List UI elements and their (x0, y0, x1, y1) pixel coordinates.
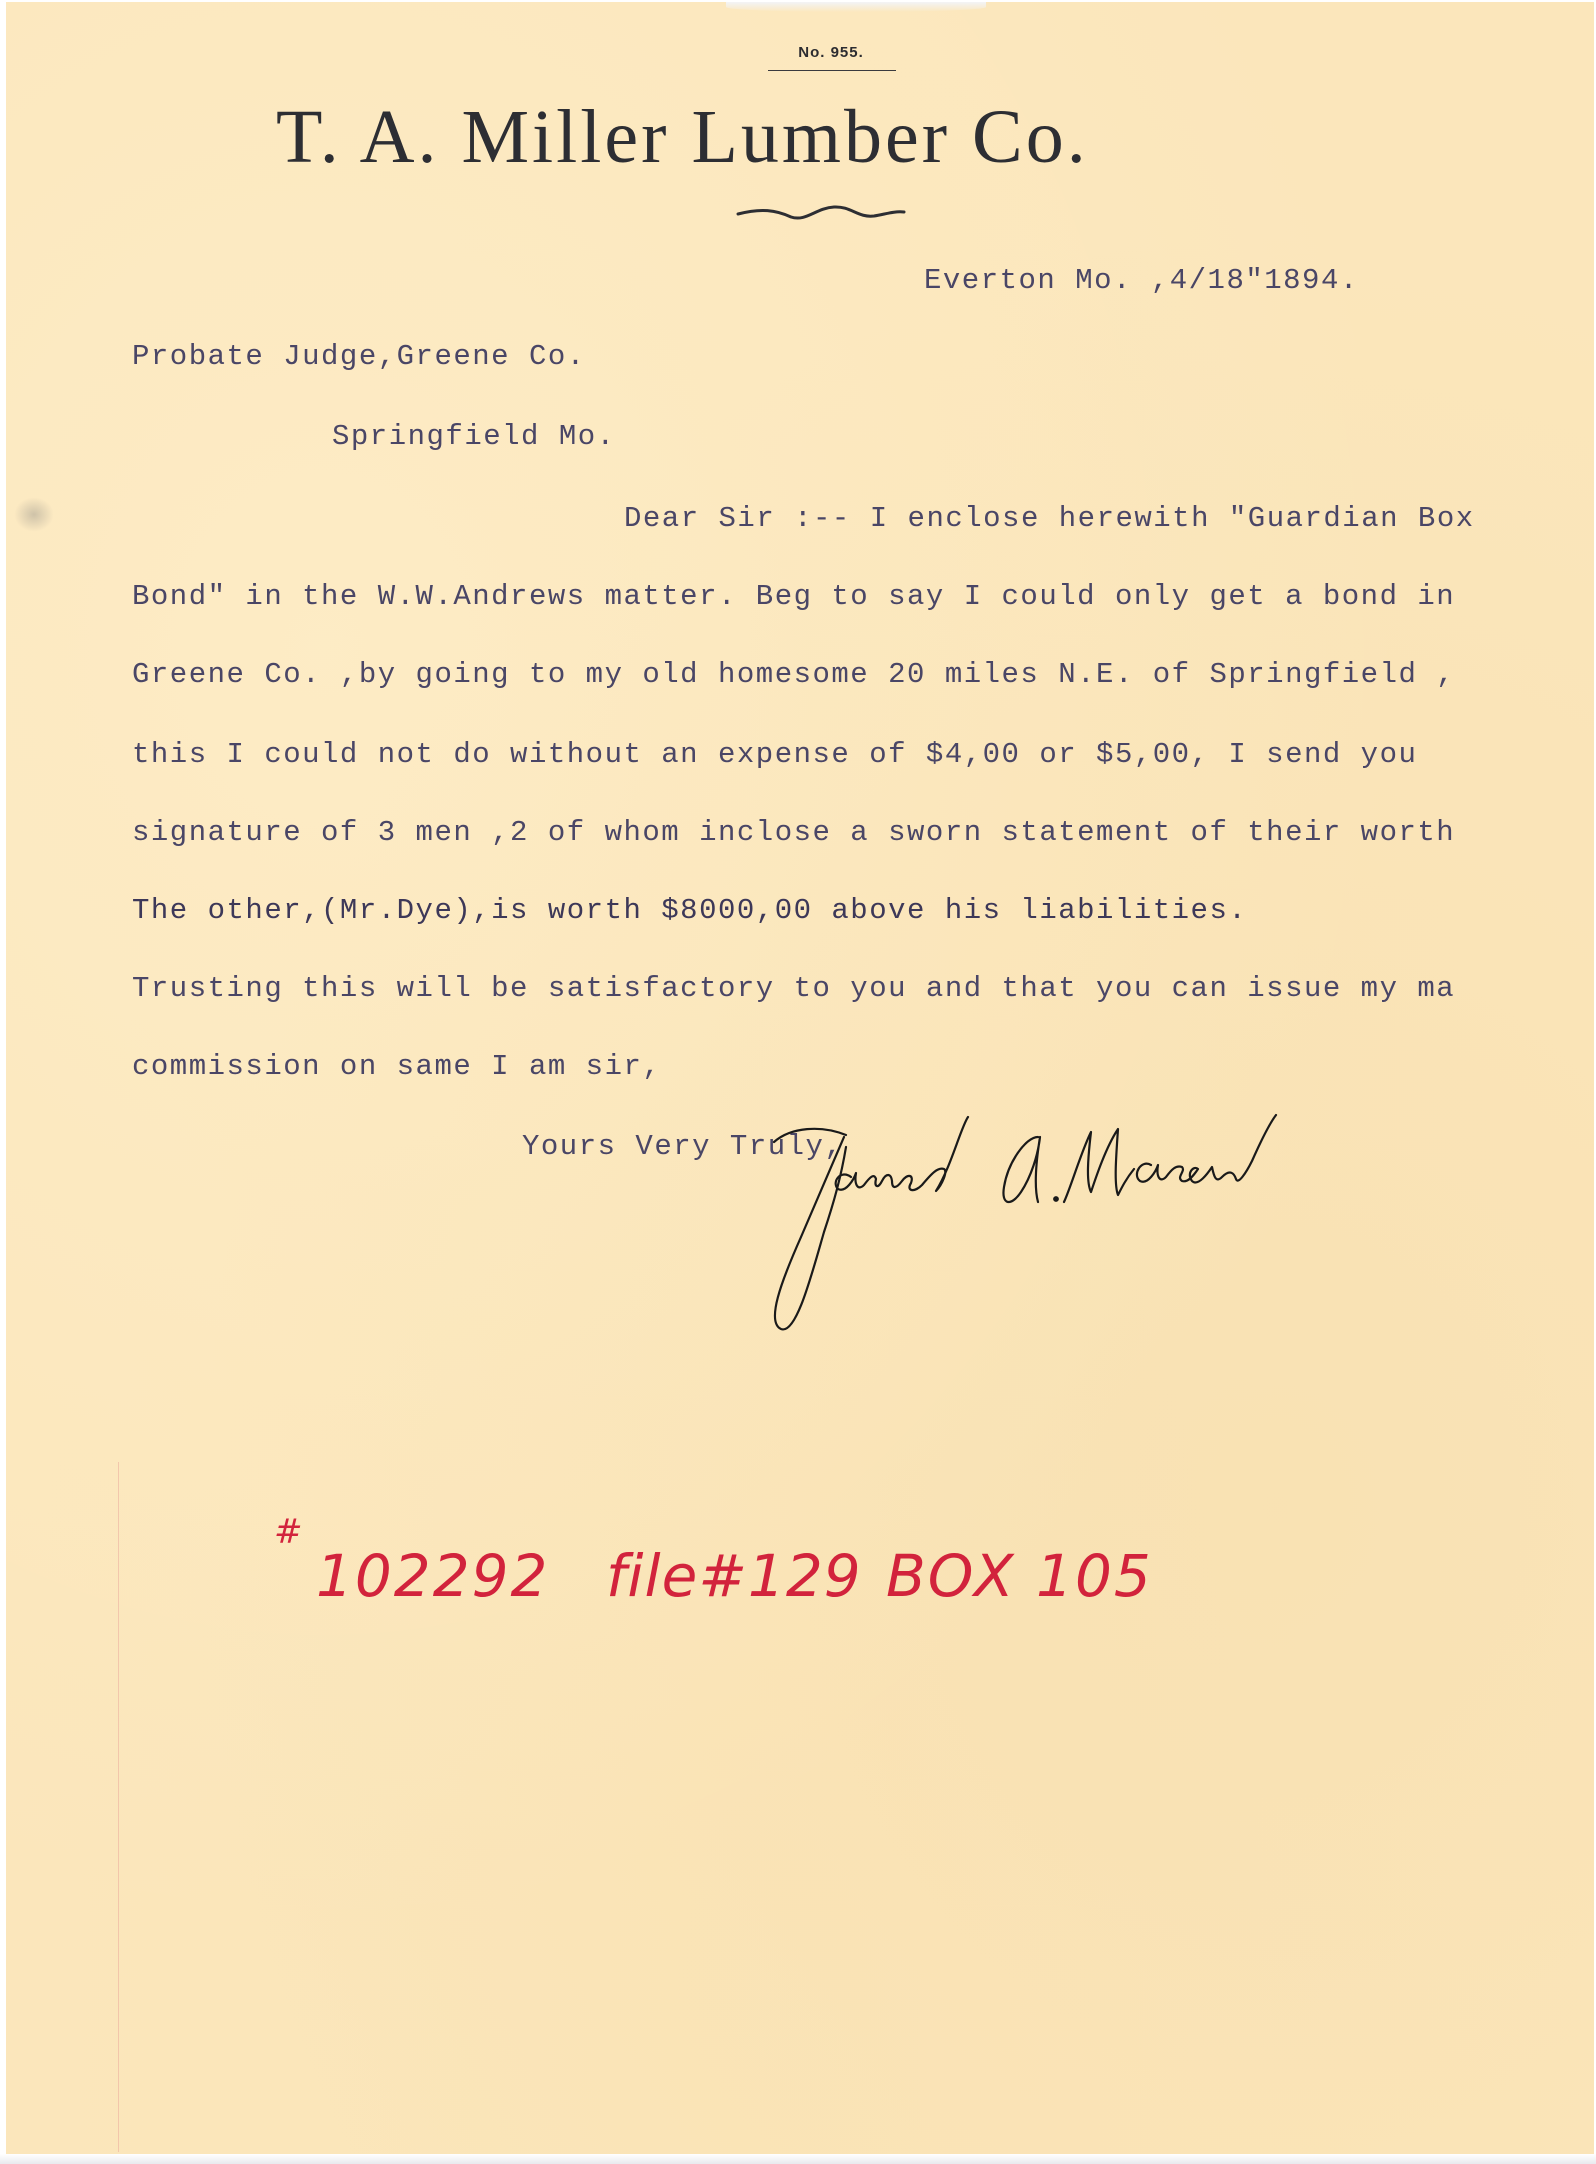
paper-smudge (14, 497, 54, 532)
recipient-line-1: Probate Judge,Greene Co. (132, 340, 586, 373)
margin-rule (118, 1462, 119, 2152)
body-line: Dear Sir :-- I enclose herewith "Guardia… (624, 502, 1475, 535)
body-line: Greene Co. ,by going to my old homesome … (132, 658, 1455, 691)
recipient-line-2: Springfield Mo. (332, 420, 616, 453)
box-number: BOX 105 (886, 1542, 1153, 1610)
form-number-underline (768, 70, 896, 71)
company-name: T. A. Miller Lumber Co. (276, 94, 1406, 181)
handwritten-signature: James A. Mason (746, 1107, 1576, 1347)
hash-mark: # (274, 1512, 303, 1552)
dateline: Everton Mo. ,4/18"1894. (924, 264, 1359, 297)
body-line: commission on same I am sir, (132, 1050, 661, 1083)
body-line: signature of 3 men ,2 of whom inclose a … (132, 816, 1455, 849)
letter-page: No. 955. T. A. Miller Lumber Co. Everton… (6, 2, 1594, 2154)
archive-annotation: # 102292 file#129 BOX 105 (266, 1512, 1266, 1662)
body-line: Bond" in the W.W.Andrews matter. Beg to … (132, 580, 1455, 613)
record-number: 102292 (316, 1542, 549, 1610)
flourish-ornament (736, 202, 906, 224)
body-line: The other,(Mr.Dye),is worth $8000,00 abo… (132, 894, 1247, 927)
body-line: this I could not do without an expense o… (132, 738, 1417, 771)
scan-edge (0, 2154, 1596, 2164)
body-line: Trusting this will be satisfactory to yo… (132, 972, 1455, 1005)
file-number: file#129 (606, 1542, 862, 1610)
form-number: No. 955. (766, 44, 896, 61)
torn-edge (726, 2, 986, 12)
